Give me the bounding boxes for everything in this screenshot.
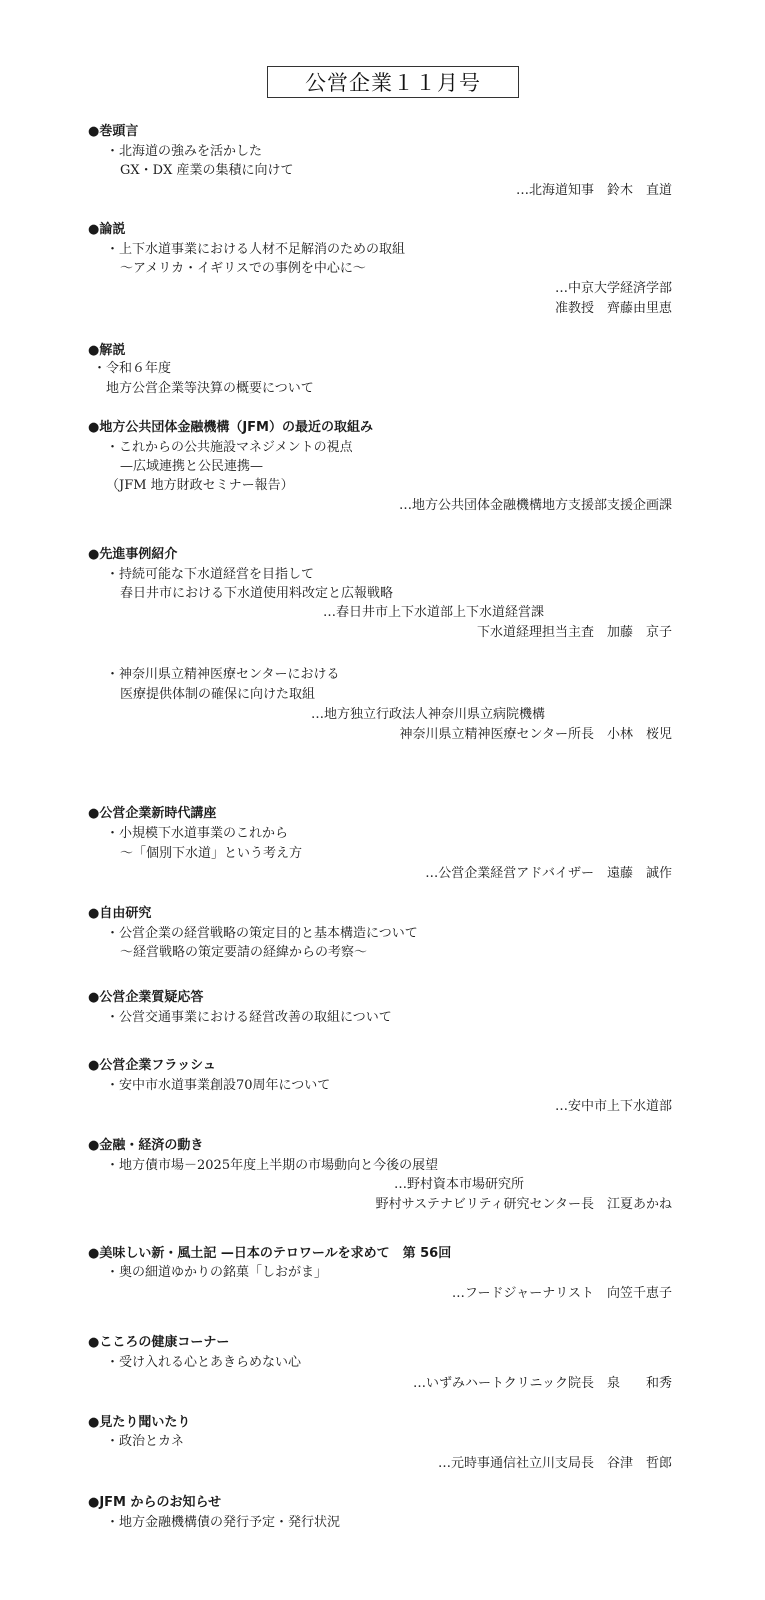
article-author-affiliation: …春日井市上下水道部上下水道経営課: [323, 604, 544, 622]
article-author: …北海道知事 鈴木 直道: [516, 182, 672, 200]
section-heading: ●こころの健康コーナー: [88, 1334, 229, 1352]
article-subtitle: ～アメリカ・イギリスでの事例を中心に～: [120, 260, 366, 278]
article-author: 下水道経理担当主査 加藤 京子: [477, 624, 672, 642]
article-author-affiliation: …中京大学経済学部: [555, 280, 672, 298]
article-title: ・安中市水道事業創設70周年について: [106, 1077, 330, 1095]
article-subtitle: 医療提供体制の確保に向けた取組: [120, 686, 315, 704]
section-heading: ●美味しい新・風土記 —日本のテロワールを求めて 第 56回: [88, 1245, 451, 1263]
section-heading: ●公営企業質疑応答: [88, 989, 203, 1007]
article-subtitle: ～「個別下水道」という考え方: [120, 845, 302, 863]
article-subtitle: 地方公営企業等決算の概要について: [106, 380, 314, 398]
section-heading: ●巻頭言: [88, 123, 138, 141]
article-author: …公営企業経営アドバイザー 遠藤 誠作: [425, 865, 672, 883]
article-title: ・上下水道事業における人材不足解消のための取組: [106, 241, 405, 259]
article-author: …地方公共団体金融機構地方支援部支援企画課: [399, 497, 672, 515]
section-heading: ●見たり聞いたり: [88, 1414, 190, 1432]
article-author: 准教授 齊藤由里恵: [555, 300, 672, 318]
article-title: ・神奈川県立精神医療センターにおける: [106, 666, 339, 684]
article-subtitle: 春日井市における下水道使用料改定と広報戦略: [120, 585, 393, 603]
section-heading: ●公営企業フラッシュ: [88, 1057, 216, 1075]
article-author-affiliation: …野村資本市場研究所: [394, 1176, 524, 1194]
section-heading: ●JFM からのお知らせ: [88, 1494, 221, 1512]
article-author: …安中市上下水道部: [555, 1098, 672, 1116]
article-subtitle: （JFM 地方財政セミナー報告）: [106, 477, 294, 495]
section-heading: ●公営企業新時代講座: [88, 805, 216, 823]
article-title: ・令和６年度: [93, 360, 171, 378]
article-title: ・奥の細道ゆかりの銘菓「しおがま」: [106, 1264, 327, 1282]
section-heading: ●金融・経済の動き: [88, 1137, 203, 1155]
section-heading: ●先進事例紹介: [88, 546, 177, 564]
article-author: 神奈川県立精神医療センター所長 小林 桜児: [400, 726, 672, 744]
article-title: ・小規模下水道事業のこれから: [106, 825, 288, 843]
article-title: ・これからの公共施設マネジメントの視点: [106, 439, 353, 457]
article-title: ・北海道の強みを活かした: [106, 143, 262, 161]
article-title: ・受け入れる心とあきらめない心: [106, 1354, 301, 1372]
section-heading: ●解説: [88, 342, 125, 360]
article-author: …フードジャーナリスト 向笠千恵子: [452, 1285, 672, 1303]
article-title: ・公営交通事業における経営改善の取組について: [106, 1009, 392, 1027]
article-author: …いずみハートクリニック院長 泉 和秀: [413, 1375, 672, 1393]
page-title: 公営企業１１月号: [267, 66, 519, 98]
section-heading: ●論説: [88, 221, 125, 239]
article-title: ・政治とカネ: [106, 1433, 184, 1451]
article-title: ・地方債市場－2025年度上半期の市場動向と今後の展望: [106, 1157, 438, 1175]
section-heading: ●自由研究: [88, 905, 151, 923]
article-subtitle: —広域連携と公民連携—: [120, 458, 263, 476]
article-author-affiliation: …地方独立行政法人神奈川県立病院機構: [311, 706, 545, 724]
section-heading: ●地方公共団体金融機構（JFM）の最近の取組み: [88, 419, 373, 437]
article-author: 野村サステナビリティ研究センター長 江夏あかね: [376, 1196, 672, 1214]
article-author: …元時事通信社立川支局長 谷津 哲郎: [438, 1455, 672, 1473]
article-subtitle: ～経営戦略の策定要請の経緯からの考察～: [120, 944, 367, 962]
article-title: ・地方金融機構債の発行予定・発行状況: [106, 1514, 340, 1532]
article-title: ・持続可能な下水道経営を目指して: [106, 566, 314, 584]
article-title: ・公営企業の経営戦略の策定目的と基本構造について: [106, 925, 418, 943]
article-subtitle: GX・DX 産業の集積に向けて: [120, 162, 293, 180]
